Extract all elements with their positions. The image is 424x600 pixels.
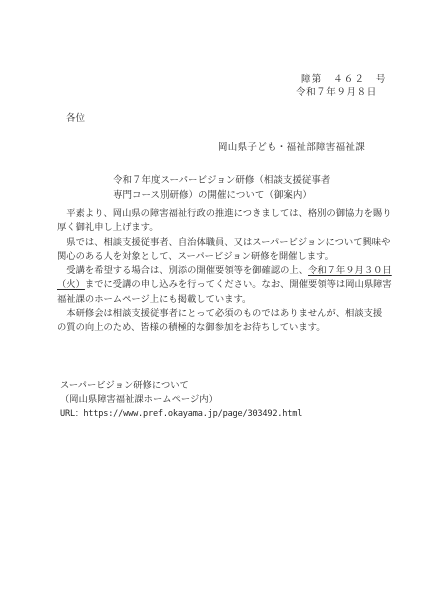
sender: 岡山県子ども・福祉部障害福祉課 xyxy=(218,139,365,153)
document-title: 令和７年度スーパービジョン研修（相談支援従事者 専門コース別研修）の開催について… xyxy=(113,173,330,203)
info-heading: スーパービジョン研修について xyxy=(60,379,302,393)
body-line: 関心のある人を対象として、スーパービジョン研修を開催します。 xyxy=(57,250,369,264)
title-line-2: 専門コース別研修）の開催について（御案内） xyxy=(113,188,330,203)
body-line: の質の向上のため、皆様の積極的な御参加をお待ちしています。 xyxy=(57,321,369,335)
body-line-apply-2: （火）までに受講の申し込みを行ってください。なお、開催要領等は岡山県障害 xyxy=(57,278,369,292)
apply-text-2: までに受講の申し込みを行ってください。なお、開催要領等は岡山県障害 xyxy=(85,279,392,290)
document-date: 令和７年９月８日 xyxy=(296,84,377,98)
addressee: 各位 xyxy=(66,110,85,124)
document-body: 平素より、岡山県の障害福祉行政の推進につきましては、格別の御協力を賜り 厚く御礼… xyxy=(57,207,369,336)
url-line: URL：https://www.pref.okayama.jp/page/303… xyxy=(60,407,302,421)
document-page: 障第 ４６２ 号 令和７年９月８日 各位 岡山県子ども・福祉部障害福祉課 令和７… xyxy=(0,0,424,600)
body-line: 本研修会は相談支援従事者にとって必須のものではありませんが、相談支援 xyxy=(57,307,369,321)
url-link[interactable]: https://www.pref.okayama.jp/page/303492.… xyxy=(83,409,302,419)
title-line-1: 令和７年度スーパービジョン研修（相談支援従事者 xyxy=(113,173,330,188)
body-line: 県では、相談支援従事者、自治体職員、又はスーパービジョンについて興味や xyxy=(57,236,369,250)
url-label: URL： xyxy=(60,409,83,419)
document-number: 障第 ４６２ 号 xyxy=(301,71,387,85)
deadline-weekday: （火） xyxy=(57,279,85,290)
apply-text: 受講を希望する場合は、別添の開催要領等を御確認の上、 xyxy=(57,265,308,276)
deadline-date: 令和７年９月３０日 xyxy=(308,265,392,276)
body-line-apply: 受講を希望する場合は、別添の開催要領等を御確認の上、令和７年９月３０日 xyxy=(57,264,369,278)
body-line: 福祉課のホームページ上にも掲載しています。 xyxy=(57,293,369,307)
info-subheading: （岡山県障害福祉課ホームページ内） xyxy=(60,393,302,407)
body-line: 厚く御礼申し上げます。 xyxy=(57,221,369,235)
body-line: 平素より、岡山県の障害福祉行政の推進につきましては、格別の御協力を賜り xyxy=(57,207,369,221)
info-section: スーパービジョン研修について （岡山県障害福祉課ホームページ内） URL：htt… xyxy=(60,379,302,421)
